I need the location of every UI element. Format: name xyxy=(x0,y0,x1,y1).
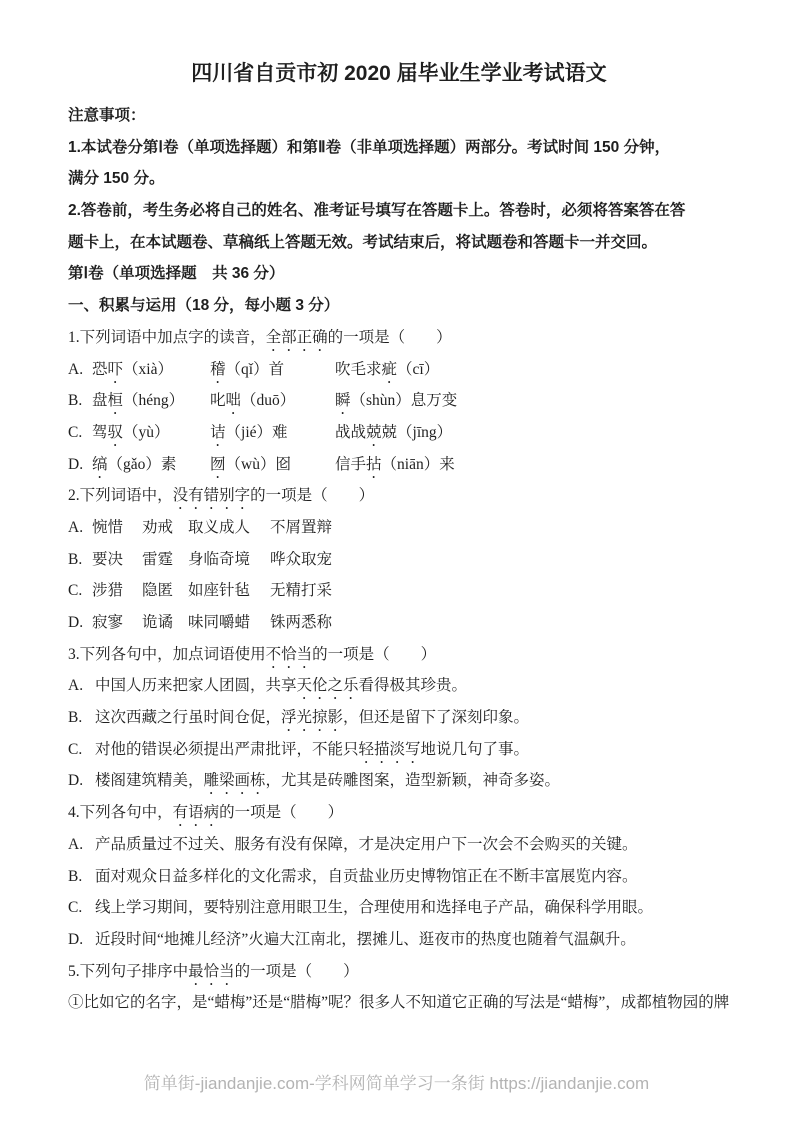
question-1: 1.下列词语中加点字的读音，全部正确的一项是（ ） A. 恐吓（xià） 稽（q… xyxy=(68,322,730,480)
question-5: 5.下列句子排序中最恰当的一项是（ ） ①比如它的名字，是“蜡梅”还是“腊梅”呢… xyxy=(68,956,730,1019)
option-label: C. xyxy=(68,892,95,924)
option-word: 吹毛求疵（cī） xyxy=(335,354,439,387)
option-word: 铢两悉称 xyxy=(270,607,332,639)
option-sentence: 中国人历来把家人团圆，共享天伦之乐看得极其珍贵。 xyxy=(95,670,467,703)
option-label: B. xyxy=(68,385,92,417)
option-word: 不屑置辩 xyxy=(270,512,332,544)
question-4-option-c: C. 线上学习期间，要特别注意用眼卫生，合理使用和选择电子产品，确保科学用眼。 xyxy=(68,892,730,924)
question-1-option-b: B. 盘桓（héng） 叱咄（duō） 瞬（shùn）息万变 xyxy=(68,385,730,417)
question-1-stem: 1.下列词语中加点字的读音，全部正确的一项是（ ） xyxy=(68,322,730,354)
question-4-option-d: D. 近段时间“地摊儿经济”火遍大江南北，摆摊儿、逛夜市的热度也随着气温飙升。 xyxy=(68,924,730,956)
option-word: 如座针毡 xyxy=(188,575,270,607)
option-label: B. xyxy=(68,861,95,893)
watermark-footer: 简单街-jiandanjie.com-学科网简单学习一条街 https://ji… xyxy=(0,1069,793,1094)
exam-paper-page: 四川省自贡市初 2020 届毕业生学业考试语文 注意事项： 1.本试卷分第Ⅰ卷（… xyxy=(0,0,793,1122)
question-2-option-a: A. 惋惜 劝戒 取义成人 不屑置辩 xyxy=(68,512,730,544)
option-label: D. xyxy=(68,449,92,481)
option-word: 叱咄（duō） xyxy=(210,385,335,418)
exam-content: 四川省自贡市初 2020 届毕业生学业考试语文 注意事项： 1.本试卷分第Ⅰ卷（… xyxy=(68,0,730,1019)
option-word: 盘桓（héng） xyxy=(92,385,210,418)
question-5-sentence-1: ①比如它的名字，是“蜡梅”还是“腊梅”呢？很多人不知道它正确的写法是“蜡梅”，成… xyxy=(68,987,730,1019)
question-1-option-a: A. 恐吓（xià） 稽（qǐ）首 吹毛求疵（cī） xyxy=(68,354,730,386)
option-word: 寂寥 xyxy=(92,607,142,639)
option-word: 恐吓（xià） xyxy=(92,354,210,387)
question-4-option-b: B. 面对观众日益多样化的文化需求，自贡盐业历史博物馆正在不断丰富展览内容。 xyxy=(68,861,730,893)
option-label: D. xyxy=(68,924,95,956)
question-3-option-d: D. 楼阁建筑精美，雕梁画栋，尤其是砖雕图案，造型新颖，神奇多姿。 xyxy=(68,765,730,797)
question-3-option-a: A. 中国人历来把家人团圆，共享天伦之乐看得极其珍贵。 xyxy=(68,670,730,702)
option-word: 要决 xyxy=(92,544,142,576)
option-word: 涉猎 xyxy=(92,575,142,607)
option-word: 瞬（shùn）息万变 xyxy=(335,385,457,418)
question-3-option-c: C. 对他的错误必须提出严肃批评，不能只轻描淡写地说几句了事。 xyxy=(68,734,730,766)
option-word: 身临奇境 xyxy=(188,544,270,576)
notice-item-2-line-2: 题卡上，在本试题卷、草稿纸上答题无效。考试结束后，将试题卷和答题卡一并交回。 xyxy=(68,227,730,259)
question-2-stem: 2.下列词语中，没有错别字的一项是（ ） xyxy=(68,480,730,512)
option-word: 隐匿 xyxy=(142,575,188,607)
option-label: A. xyxy=(68,670,95,702)
notice-item-1-line-2: 满分 150 分。 xyxy=(68,163,730,195)
page-title: 四川省自贡市初 2020 届毕业生学业考试语文 xyxy=(68,56,730,92)
option-word: 信手拈（niān）来 xyxy=(335,449,455,482)
notice-item-1-line-1: 1.本试卷分第Ⅰ卷（单项选择题）和第Ⅱ卷（非单项选择题）两部分。考试时间 150… xyxy=(68,132,730,164)
question-1-option-d: D. 缟（gǎo）素 囫（wù）囵 信手拈（niān）来 xyxy=(68,449,730,481)
option-word: 取义成人 xyxy=(188,512,270,544)
question-2-option-b: B. 要决 雷霆 身临奇境 哗众取宠 xyxy=(68,544,730,576)
option-word: 战战兢兢（jīng） xyxy=(335,417,452,450)
notice-heading: 注意事项： xyxy=(68,100,730,132)
option-word: 诘（jié）难 xyxy=(210,417,335,450)
option-word: 劝戒 xyxy=(142,512,188,544)
option-sentence: 对他的错误必须提出严肃批评，不能只轻描淡写地说几句了事。 xyxy=(95,734,529,767)
question-4-stem: 4.下列各句中，有语病的一项是（ ） xyxy=(68,797,730,829)
option-label: D. xyxy=(68,765,95,797)
option-word: 无精打采 xyxy=(270,575,332,607)
option-label: D. xyxy=(68,607,92,639)
option-sentence: 这次西藏之行虽时间仓促，浮光掠影，但还是留下了深刻印象。 xyxy=(95,702,529,735)
question-4-option-a: A. 产品质量过不过关、服务有没有保障，才是决定用户下一次会不会购买的关键。 xyxy=(68,829,730,861)
notice-block: 注意事项： 1.本试卷分第Ⅰ卷（单项选择题）和第Ⅱ卷（非单项选择题）两部分。考试… xyxy=(68,100,730,258)
option-sentence: 面对观众日益多样化的文化需求，自贡盐业历史博物馆正在不断丰富展览内容。 xyxy=(95,861,638,893)
section-1-headings: 第Ⅰ卷（单项选择题 共 36 分） 一、积累与运用（18 分，每小题 3 分） xyxy=(68,258,730,321)
option-word: 味同嚼蜡 xyxy=(188,607,270,639)
part-heading: 一、积累与运用（18 分，每小题 3 分） xyxy=(68,290,730,322)
question-3: 3.下列各句中，加点词语使用不恰当的一项是（ ） A. 中国人历来把家人团圆，共… xyxy=(68,639,730,797)
question-2: 2.下列词语中，没有错别字的一项是（ ） A. 惋惜 劝戒 取义成人 不屑置辩 … xyxy=(68,480,730,638)
question-3-option-b: B. 这次西藏之行虽时间仓促，浮光掠影，但还是留下了深刻印象。 xyxy=(68,702,730,734)
question-2-option-d: D. 寂寥 诡谲 味同嚼蜡 铢两悉称 xyxy=(68,607,730,639)
question-5-stem: 5.下列句子排序中最恰当的一项是（ ） xyxy=(68,956,730,988)
option-label: C. xyxy=(68,417,92,449)
question-4: 4.下列各句中，有语病的一项是（ ） A. 产品质量过不过关、服务有没有保障，才… xyxy=(68,797,730,955)
option-label: C. xyxy=(68,575,92,607)
option-label: A. xyxy=(68,354,92,386)
option-label: A. xyxy=(68,829,95,861)
option-label: A. xyxy=(68,512,92,544)
option-word: 诡谲 xyxy=(142,607,188,639)
option-sentence: 产品质量过不过关、服务有没有保障，才是决定用户下一次会不会购买的关键。 xyxy=(95,829,638,861)
question-3-stem: 3.下列各句中，加点词语使用不恰当的一项是（ ） xyxy=(68,639,730,671)
option-sentence: 近段时间“地摊儿经济”火遍大江南北，摆摊儿、逛夜市的热度也随着气温飙升。 xyxy=(95,924,636,956)
option-label: C. xyxy=(68,734,95,766)
notice-item-2-line-1: 2.答卷前，考生务必将自己的姓名、准考证号填写在答题卡上。答卷时，必须将答案答在… xyxy=(68,195,730,227)
option-word: 雷霆 xyxy=(142,544,188,576)
option-word: 囫（wù）囵 xyxy=(210,449,335,482)
option-label: B. xyxy=(68,702,95,734)
option-label: B. xyxy=(68,544,92,576)
option-word: 稽（qǐ）首 xyxy=(210,354,335,387)
option-word: 驾驭（yù） xyxy=(92,417,210,450)
option-word: 哗众取宠 xyxy=(270,544,332,576)
question-2-option-c: C. 涉猎 隐匿 如座针毡 无精打采 xyxy=(68,575,730,607)
option-word: 缟（gǎo）素 xyxy=(92,449,210,482)
option-sentence: 线上学习期间，要特别注意用眼卫生，合理使用和选择电子产品，确保科学用眼。 xyxy=(95,892,653,924)
volume-heading: 第Ⅰ卷（单项选择题 共 36 分） xyxy=(68,258,730,290)
question-1-option-c: C. 驾驭（yù） 诘（jié）难 战战兢兢（jīng） xyxy=(68,417,730,449)
option-word: 惋惜 xyxy=(92,512,142,544)
option-sentence: 楼阁建筑精美，雕梁画栋，尤其是砖雕图案，造型新颖，神奇多姿。 xyxy=(95,765,560,798)
